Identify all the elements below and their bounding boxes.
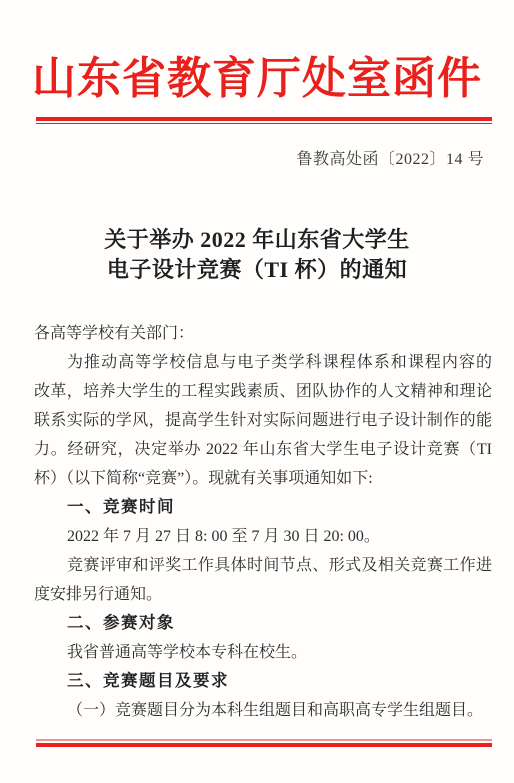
section-heading: 一、竞赛时间 [34,493,492,522]
footer-rule-thin-line [36,739,492,741]
body-line: 2022 年 7 月 27 日 8: 00 至 7 月 30 日 20: 00。 [34,522,492,551]
body-line: 度安排另行通知。 [34,580,492,609]
document-title-line1: 关于举办 2022 年山东省大学生 [0,225,514,255]
masthead-rule-thin-line [36,123,492,124]
body-line: 为推动高等学校信息与电子类学科课程体系和课程内容的 [34,348,492,377]
section-heading: 二、参赛对象 [34,609,492,638]
body-line: （一）竞赛题目分为本科生组题目和高职高专学生组题目。 [34,696,492,725]
body-line: 杯）（以下简称“竞赛”）。现就有关事项通知如下: [34,464,492,493]
footer-rule-thick-line [36,743,492,747]
document-title-line2: 电子设计竞赛（TI 杯）的通知 [0,255,514,285]
document-title: 关于举办 2022 年山东省大学生 电子设计竞赛（TI 杯）的通知 [0,225,514,285]
body-line: 各高等学校有关部门： [34,319,492,348]
masthead-rule-thick-line [36,117,492,121]
document-body: 各高等学校有关部门：为推动高等学校信息与电子类学科课程体系和课程内容的改革，培养… [34,319,492,725]
footer-rule [36,739,492,747]
body-line: 我省普通高等学校本专科在校生。 [34,638,492,667]
body-line: 力。经研究，决定举办 2022 年山东省大学生电子设计竞赛（TI [34,435,492,464]
section-heading: 三、竞赛题目及要求 [34,667,492,696]
doc-number: 鲁教高处函〔2022〕14 号 [0,146,484,169]
body-line: 竞赛评审和评奖工作具体时间节点、形式及相关竞赛工作进 [34,551,492,580]
masthead-title: 山东省教育厅处室函件 [0,54,514,105]
document-page: 山东省教育厅处室函件 鲁教高处函〔2022〕14 号 关于举办 2022 年山东… [0,0,514,783]
body-line: 改革，培养大学生的工程实践素质、团队协作的人文精神和理论 [34,377,492,406]
masthead-rule [36,117,492,124]
body-line: 联系实际的学风，提高学生针对实际问题进行电子设计制作的能 [34,406,492,435]
